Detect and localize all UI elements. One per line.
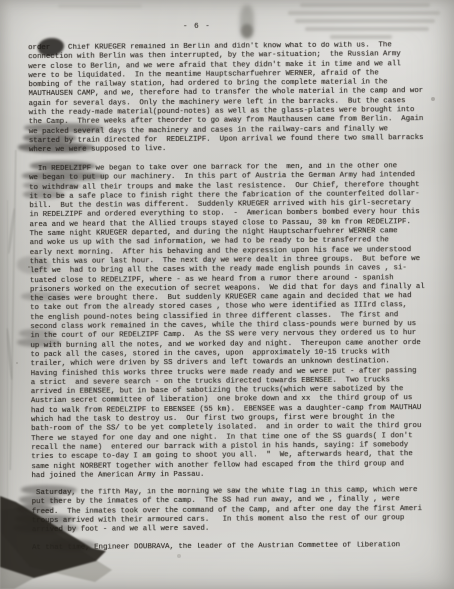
paper-specks (28, 266, 30, 268)
scanned-document-page: - 6 - order Chief KRUEGER remained in Be… (0, 0, 454, 589)
paragraph-2: In REDELZIPF we began to take over one b… (29, 162, 443, 481)
corner-fold-shadow (0, 488, 140, 589)
page-number: - 6 - (183, 23, 211, 32)
paragraph-1: order Chief KRUEGER remained in Berlin a… (28, 41, 441, 156)
